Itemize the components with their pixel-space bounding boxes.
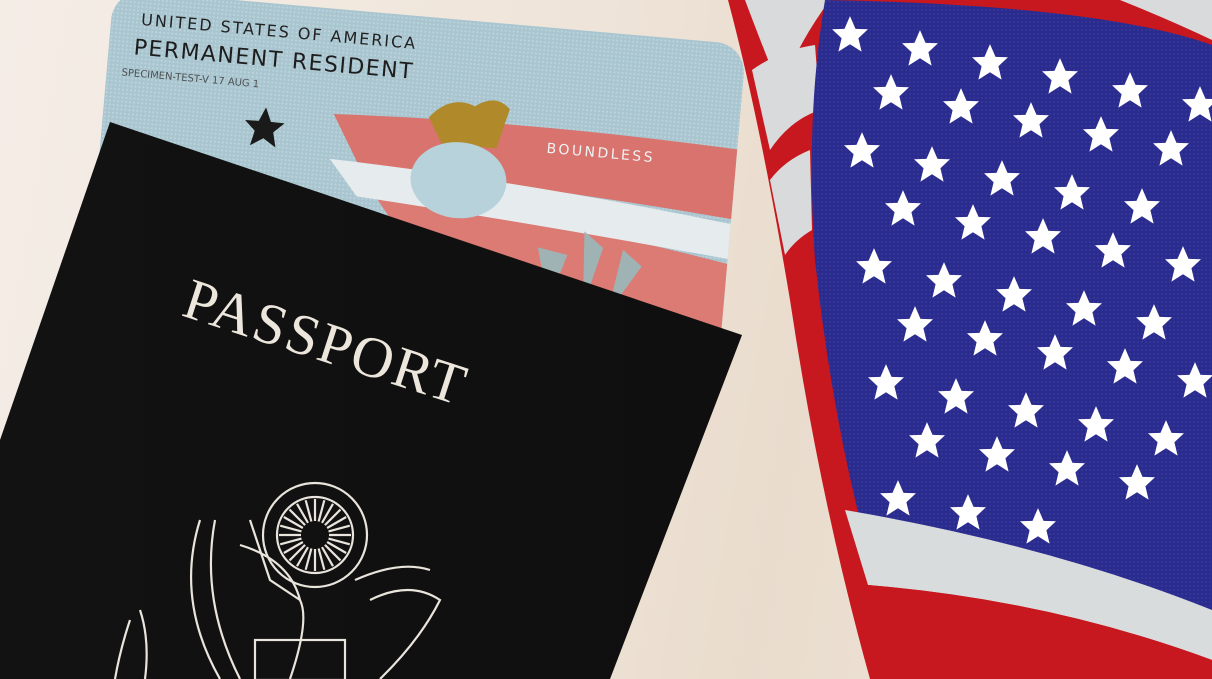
us-flag	[728, 0, 1212, 679]
photo-canvas: UNITED STATES OF AMERICA PERMANENT RESID…	[0, 0, 1212, 679]
photo-scene: UNITED STATES OF AMERICA PERMANENT RESID…	[0, 0, 1212, 679]
